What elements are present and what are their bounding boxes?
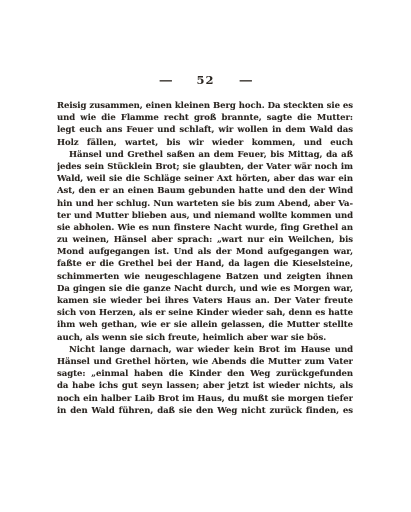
text-line: sich von Herzen, als er seine Kinder wie… <box>57 307 353 319</box>
text-line: ter und Mutter blieben aus, und niemand … <box>57 210 353 222</box>
text-line: ihm weh gethan, wie er sie allein gelass… <box>57 319 353 331</box>
page-text: Reisig zusammen, einen kleinen Berg hoch… <box>57 100 353 417</box>
page-header: — 52 — <box>0 73 411 87</box>
text-line: Hänsel und Grethel saßen an dem Feuer, b… <box>57 149 353 161</box>
text-line: Mond aufgegangen ist. Und als der Mond a… <box>57 246 353 258</box>
text-line: Da gingen sie die ganze Nacht durch, und… <box>57 283 353 295</box>
text-line: Nicht lange darnach, war wieder kein Bro… <box>57 344 353 356</box>
text-line: zu weinen, Hänsel aber sprach: „wart nur… <box>57 234 353 246</box>
text-line: Wald, weil sie die Schläge seiner Axt hö… <box>57 173 353 185</box>
book-page: — 52 — Reisig zusammen, einen kleinen Be… <box>0 0 411 512</box>
header-dash-left: — <box>159 73 173 87</box>
text-line: Hänsel und Grethel hörten, wie Abends di… <box>57 356 353 368</box>
text-line: hin und her schlug. Nun warteten sie bis… <box>57 198 353 210</box>
text-line: jedes sein Stücklein Brot; sie glaubten,… <box>57 161 353 173</box>
text-line: faßte er die Grethel bei der Hand, da la… <box>57 258 353 270</box>
text-line: sie abholen. Wie es nun finstere Nacht w… <box>57 222 353 234</box>
text-line: auch, als wenn sie sich freute, heimlich… <box>57 332 353 344</box>
text-line: Ast, den er an einen Baum gebunden hatte… <box>57 185 353 197</box>
text-line: sagte: „einmal haben die Kinder den Weg … <box>57 368 353 380</box>
text-line: legt euch ans Feuer und schlaft, wir wol… <box>57 124 353 136</box>
text-line: Reisig zusammen, einen kleinen Berg hoch… <box>57 100 353 112</box>
text-line: Holz fällen, wartet, bis wir wieder komm… <box>57 137 353 149</box>
text-line: in den Wald führen, daß sie den Weg nich… <box>57 405 353 417</box>
text-line: noch ein halber Laib Brot im Haus, du mu… <box>57 393 353 405</box>
page-number: 52 <box>196 73 214 87</box>
text-line: da habe ichs gut seyn lassen; aber jetzt… <box>57 380 353 392</box>
text-line: kamen sie wieder bei ihres Vaters Haus a… <box>57 295 353 307</box>
header-dash-right: — <box>238 73 252 87</box>
text-line: schimmerten wie neugeschlagene Batzen un… <box>57 271 353 283</box>
text-line: und wie die Flamme recht groß brannte, s… <box>57 112 353 124</box>
